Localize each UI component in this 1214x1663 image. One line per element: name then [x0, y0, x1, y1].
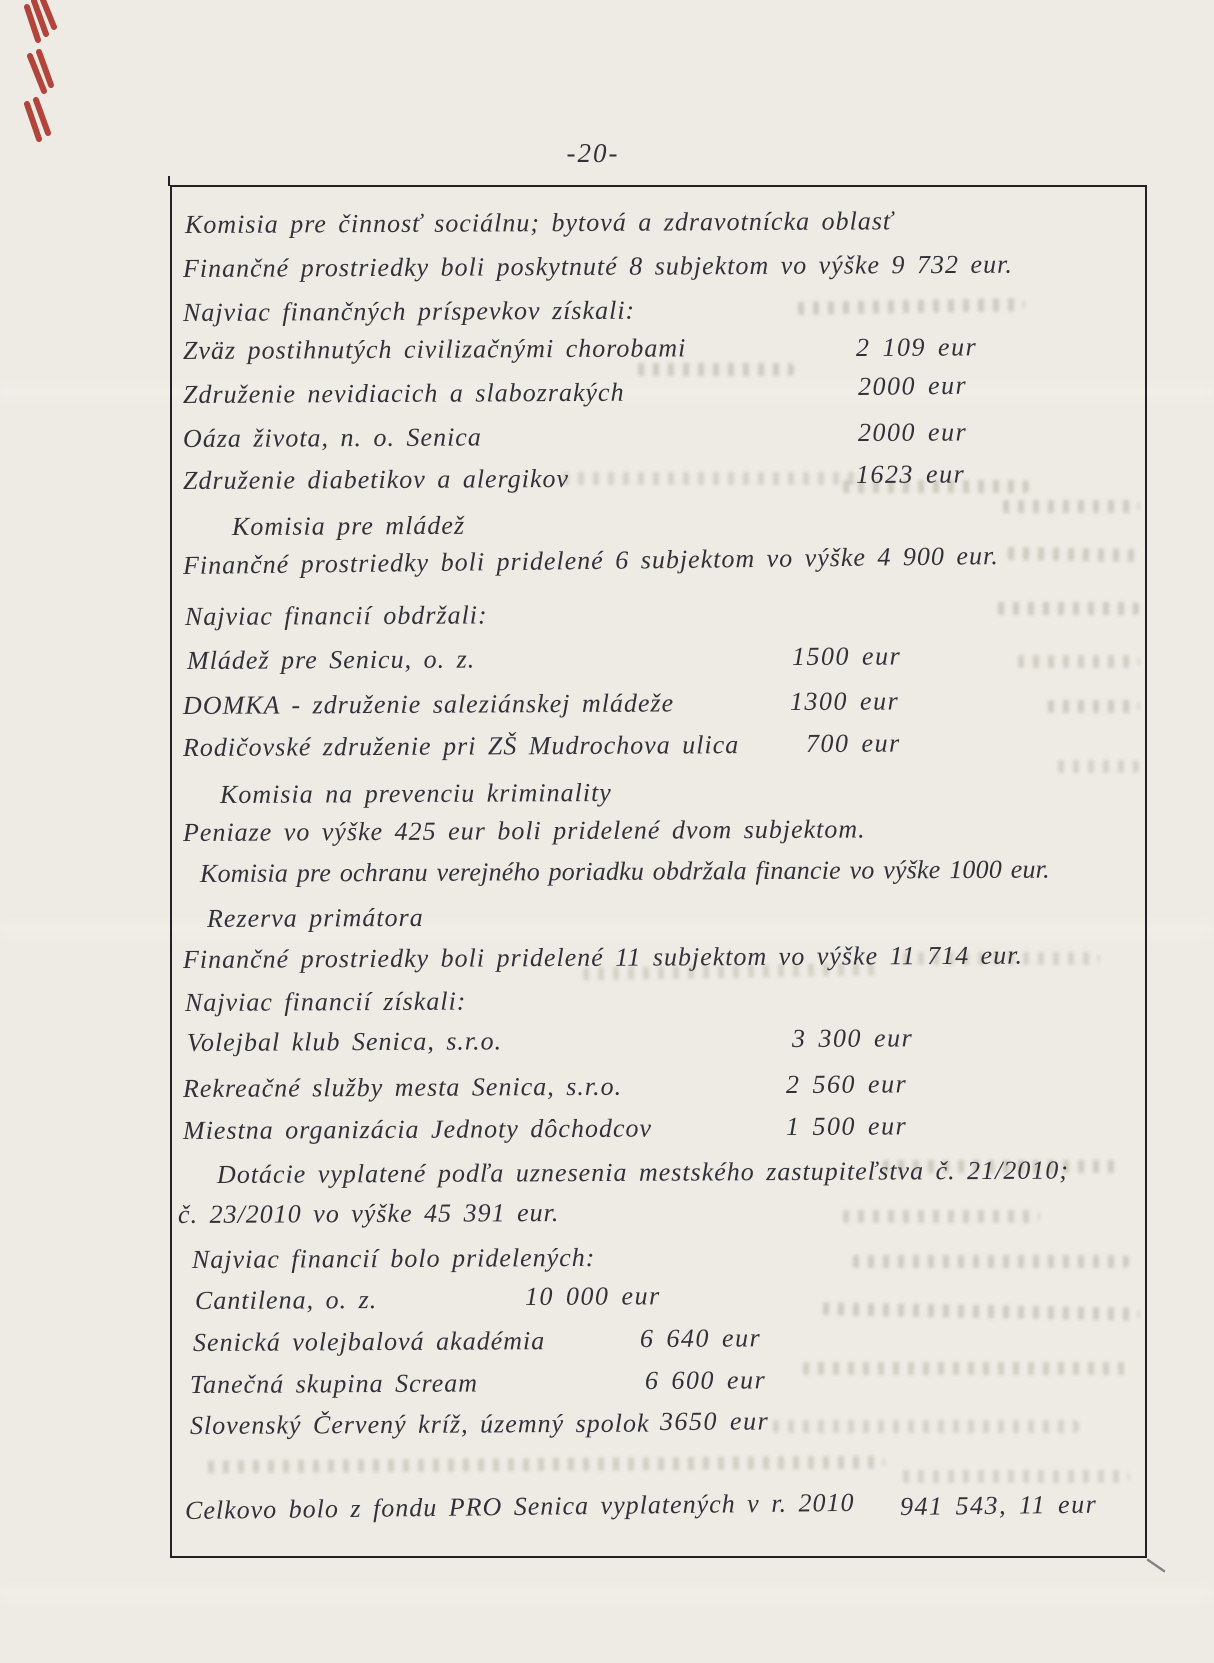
entry-name: Oáza života, n. o. Senica — [183, 422, 482, 454]
entry-name: Rekreačné služby mesta Senica, s.r.o. — [183, 1072, 622, 1104]
section-intro: Peniaze vo výške 425 eur boli pridelené … — [183, 814, 866, 848]
frame-corner-overshoot — [168, 176, 170, 186]
section-list-label: Najviac financií obdržali: — [185, 600, 488, 632]
section-heading: Komisia pre mládež — [232, 511, 465, 542]
section-intro: Finančné prostriedky boli pridelené 11 s… — [183, 941, 1023, 975]
entry-amount: 3650 eur — [660, 1406, 769, 1437]
section-paragraph: Komisia pre ochranu verejného poriadku o… — [200, 855, 1050, 889]
entry-amount: 700 eur — [806, 729, 901, 759]
total-amount: 941 543, 11 eur — [900, 1490, 1098, 1522]
entry-name: Združenie nevidiacich a slabozrakých — [183, 378, 625, 410]
entry-amount: 1623 eur — [856, 459, 965, 490]
entry-name: Zväz postihnutých civilizačnými chorobam… — [183, 333, 687, 366]
entry-amount: 6 600 eur — [645, 1365, 766, 1396]
section-list-label: Najviac financií získali: — [185, 987, 467, 1018]
entry-name: Volejbal klub Senica, s.r.o. — [187, 1026, 502, 1058]
entry-name: Tanečná skupina Scream — [190, 1368, 478, 1400]
entry-name: DOMKA - združenie saleziánskej mládeže — [183, 688, 674, 721]
entry-name: Senická volejbalová akadémia — [193, 1326, 545, 1358]
entry-amount: 1300 eur — [790, 686, 899, 717]
entry-name: Združenie diabetikov a alergikov — [183, 464, 569, 496]
bleed-through-mark — [1055, 760, 1140, 773]
bleed-through-mark — [995, 602, 1140, 615]
red-pen-marks — [0, 0, 70, 150]
bleed-through-mark — [1045, 700, 1140, 713]
bleed-through-mark — [800, 1362, 1130, 1375]
entry-name: Miestna organizácia Jednoty dôchodcov — [183, 1114, 652, 1146]
entry-amount: 2 109 eur — [856, 332, 977, 363]
bleed-through-mark — [1015, 655, 1140, 668]
entry-amount: 1 500 eur — [786, 1111, 907, 1142]
section-list-label: Najviac finančných príspevkov získali: — [183, 296, 635, 328]
entry-name: Slovenský Červený kríž, územný spolok — [190, 1409, 650, 1441]
bleed-through-mark — [560, 472, 860, 485]
entry-amount: 1500 eur — [792, 641, 901, 672]
section-heading: Rezerva primátora — [207, 903, 424, 934]
entry-amount: 2000 eur — [858, 371, 968, 402]
scanned-page: -20- Komisia pre činnosť sociálnu; bytov… — [0, 0, 1214, 1663]
pen-tick-mark — [1146, 1557, 1168, 1575]
entry-amount: 3 300 eur — [792, 1023, 913, 1054]
section-heading: Komisia na prevenciu kriminality — [220, 778, 612, 810]
bleed-through-mark — [840, 1210, 1040, 1223]
entry-name: Mládež pre Senicu, o. z. — [187, 644, 475, 676]
entry-amount: 2000 eur — [858, 417, 967, 448]
section-list-label: Najviac financií bolo pridelených: — [192, 1243, 596, 1275]
section-intro: Finančné prostriedky boli poskytnuté 8 s… — [183, 250, 1013, 284]
bleed-through-mark — [850, 1255, 1130, 1268]
entry-name: Cantilena, o. z. — [195, 1285, 377, 1316]
entry-amount: 2 560 eur — [786, 1069, 907, 1100]
section-paragraph-line2: č. 23/2010 vo výške 45 391 eur. — [178, 1198, 560, 1230]
section-heading: Komisia pre činnosť sociálnu; bytová a z… — [185, 206, 894, 240]
scan-artifact-band — [0, 1588, 1214, 1600]
entry-amount: 6 640 eur — [640, 1323, 761, 1354]
bleed-through-mark — [1000, 500, 1140, 513]
page-number: -20- — [538, 138, 648, 169]
bleed-through-mark — [1005, 547, 1140, 562]
bleed-through-mark — [635, 363, 795, 376]
bleed-through-mark — [770, 1420, 1080, 1433]
bleed-through-mark — [900, 1470, 1130, 1483]
section-paragraph-line1: Dotácie vyplatené podľa uznesenia mestsk… — [217, 1156, 1069, 1190]
entry-amount: 10 000 eur — [525, 1281, 661, 1312]
entry-name: Rodičovské združenie pri ZŠ Mudrochova u… — [183, 730, 739, 763]
